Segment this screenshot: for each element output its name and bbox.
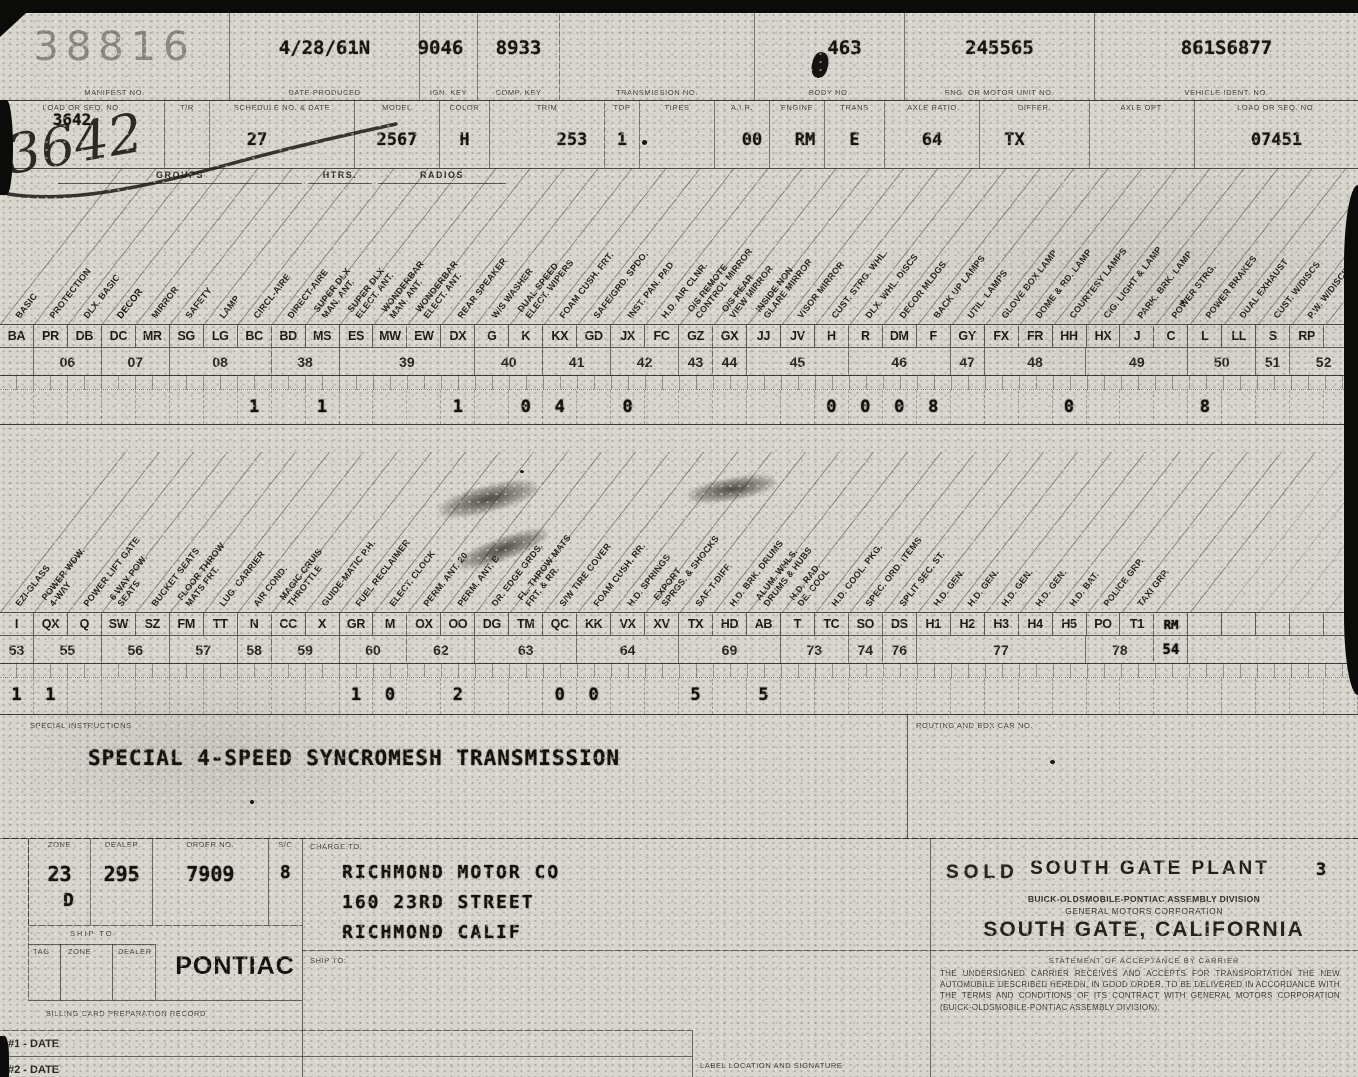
option-entry-cell — [170, 390, 204, 424]
option-entry-cell: 0 — [577, 678, 611, 714]
field-manifest-no: 38816 MANIFEST NO. — [0, 13, 230, 100]
option-code-cell: H5 — [1053, 613, 1087, 635]
option-entry-cell — [951, 678, 985, 714]
option-code-cell: GZ — [679, 325, 713, 347]
option-entry-cell — [645, 678, 679, 714]
option-code-cell: HX — [1087, 325, 1121, 347]
option-entry-cell — [883, 678, 917, 714]
vehicle-ident-label: VEHICLE IDENT. NO. — [1095, 89, 1358, 97]
option-entry-cell — [373, 390, 407, 424]
tag-header: TAG — [33, 948, 50, 956]
tires-label: TIRES — [640, 104, 714, 112]
ink-speck — [1050, 760, 1055, 764]
option-code-cell: K — [509, 325, 543, 347]
option-entry-cell — [34, 390, 68, 424]
option-number-cell: 74 — [849, 636, 883, 663]
option-code-cell: DX — [441, 325, 475, 347]
option-number-cell: 50 — [1188, 348, 1256, 375]
option-number-cell: 77 — [917, 636, 1087, 663]
field-tires: TIRES — [640, 100, 715, 168]
option-entry-cell — [815, 678, 849, 714]
option-number-cell: 06 — [34, 348, 102, 375]
option-number-cell: 07 — [102, 348, 170, 375]
option-number-cell: 47 — [951, 348, 985, 375]
special-instructions-label: SPECIAL INSTRUCTIONS — [30, 722, 132, 730]
order-col-sc: S/C 8 — [269, 838, 303, 925]
order-table-left-border — [28, 838, 29, 1000]
option-entry-cell — [1290, 678, 1324, 714]
field-load-seq: LOAD OR SEQ. NO. 3642 — [0, 100, 165, 168]
option-code-cell: BC — [238, 325, 272, 347]
option-code-cell: TM — [509, 613, 543, 635]
option-entry-cell — [204, 678, 238, 714]
option-code-cell: TC — [815, 613, 849, 635]
axle-ratio-label: AXLE RATIO — [885, 104, 979, 112]
divider-middle-left — [302, 838, 303, 1077]
option-entry-cell — [645, 390, 679, 424]
option-code-cell: H3 — [985, 613, 1019, 635]
plant-stamp-number: 3 — [1316, 860, 1326, 880]
option-number-cell: 55 — [34, 636, 102, 663]
schedule-value: 27 — [185, 132, 329, 149]
scan-edge-bottom-left — [0, 1036, 9, 1077]
option-code-cell: GR — [340, 613, 374, 635]
option-code-cell: S — [1256, 325, 1290, 347]
option-number-cell: 41 — [543, 348, 611, 375]
field-model: MODEL 2567 — [355, 100, 440, 168]
scan-edge-right — [1344, 185, 1358, 695]
option-entry-cell — [272, 390, 306, 424]
option-entry-cell: 1 — [238, 390, 272, 424]
option-number-cell: 42 — [611, 348, 679, 375]
load-seq-2-label: LOAD OR SEQ. NO. — [1195, 104, 1358, 112]
option-entry-cell: 1 — [340, 678, 374, 714]
field-body-no: 463 BODY NO. — [755, 13, 905, 100]
trans-code-label: TRANS — [825, 104, 884, 112]
order-col-zone: ZONE 23 D — [29, 838, 91, 925]
date-produced-value: 4/28/61N — [230, 39, 419, 58]
ign-key-label: IGN. KEY — [420, 89, 477, 97]
option-code-cell: T — [781, 613, 815, 635]
dealer-value: 295 — [91, 862, 152, 886]
option-code-cell: JV — [781, 325, 815, 347]
top-value: 1 — [605, 132, 639, 149]
option-code-cell: PR — [34, 325, 68, 347]
vehicle-ident-value: 861S6877 — [1095, 39, 1358, 58]
option-code-cell: VX — [611, 613, 645, 635]
option-entry-cell — [1087, 678, 1121, 714]
option-code-cell: QX — [34, 613, 68, 635]
label-location-label: LABEL LOCATION AND SIGNATURE — [700, 1062, 843, 1070]
option-entry-cell — [1290, 390, 1324, 424]
billing-card-sheet: 38816 MANIFEST NO. 4/28/61N DATE PRODUCE… — [0, 0, 1358, 1077]
option-entry-cell — [509, 678, 543, 714]
option-code-cell — [1188, 613, 1222, 635]
division-name: BUICK-OLDSMOBILE-PONTIAC ASSEMBLY DIVISI… — [930, 894, 1358, 904]
tag-zone-header: ZONE — [68, 948, 91, 956]
option-code-cell: LL — [1222, 325, 1256, 347]
order-no-header: ORDER NO. — [153, 841, 267, 849]
option-entry-cell — [747, 390, 781, 424]
billing-box-top — [28, 1000, 302, 1001]
option-code-cell: PO — [1087, 613, 1121, 635]
option-number-cell: 54 — [1154, 636, 1188, 663]
option-entry-cell: 0 — [883, 390, 917, 424]
option-column-line — [1190, 452, 1316, 612]
model-value: 2567 — [355, 132, 439, 149]
ship-to-band-label: SHIP TO — [70, 930, 114, 938]
option-entry-cell — [985, 390, 1019, 424]
option-number-cell: 46 — [849, 348, 951, 375]
option-entry-cell — [1019, 678, 1053, 714]
option-code-cell: FC — [645, 325, 679, 347]
option-entry-cell — [1019, 390, 1053, 424]
date-produced-label: DATE PRODUCED — [230, 89, 419, 97]
option-entry-cell — [204, 390, 238, 424]
option-entry-cell — [917, 678, 951, 714]
option-entry-cell — [0, 390, 34, 424]
option-code-cell: JX — [611, 325, 645, 347]
option-entry-cell — [1154, 678, 1188, 714]
trans-code-value: E — [825, 132, 884, 149]
option-code-cell: TX — [679, 613, 713, 635]
option-entry-cell: 8 — [1188, 390, 1222, 424]
trim-label: TRIM — [490, 104, 604, 112]
option-code-cell: QC — [543, 613, 577, 635]
option-entry-cell: 0 — [849, 390, 883, 424]
ship-to-panel-label: SHIP TO: — [310, 957, 346, 965]
option-number-cell: 39 — [340, 348, 476, 375]
air-label: A.I.R. — [715, 104, 769, 112]
option-code-cell: GY — [951, 325, 985, 347]
option-code-cell: SG — [170, 325, 204, 347]
option-code-cell: N — [238, 613, 272, 635]
option-number-cell: 69 — [679, 636, 781, 663]
field-engine-no: 245565 ENG. OR MOTOR UNIT NO. — [905, 13, 1095, 100]
option-number-cell: 58 — [238, 636, 272, 663]
option-entry-cell — [611, 678, 645, 714]
option-code-cell: EW — [407, 325, 441, 347]
option-entry-cell: 1 — [34, 678, 68, 714]
load-seq-2-value: 07451 — [1195, 132, 1358, 149]
date2-line — [0, 1056, 692, 1057]
option-code-cell: DM — [883, 325, 917, 347]
option-entry-cell — [340, 390, 374, 424]
option-code-cell: M — [373, 613, 407, 635]
top-label: TOP — [605, 104, 639, 112]
manifest-no-label: MANIFEST NO. — [0, 89, 229, 97]
tag-col-divider-3 — [155, 944, 156, 1000]
option-entry-cell — [136, 390, 170, 424]
date1-label: #1 - DATE — [8, 1038, 59, 1050]
tag-dealer-header: DEALER — [118, 948, 152, 956]
label-location-divider — [692, 1030, 693, 1077]
option-entry-cell — [679, 390, 713, 424]
option-code-cell: KK — [577, 613, 611, 635]
option-entry-cell — [849, 678, 883, 714]
engine-code-label: ENGINE — [770, 104, 824, 112]
option-number-cell: 38 — [272, 348, 340, 375]
option-code-cell: LG — [204, 325, 238, 347]
body-no-label: BODY NO. — [755, 89, 904, 97]
option-group-1-labels: GROUPS HTRS. RADIOS BASICPROTECTIONDLX. … — [0, 168, 1358, 324]
option-entry-cell — [1222, 390, 1256, 424]
ship-to-band-top — [28, 925, 302, 926]
option-number-cell: 64 — [577, 636, 679, 663]
body-no-value: 463 — [770, 39, 919, 58]
date1-line — [0, 1030, 692, 1031]
order-col-dealer: DEALER 295 — [91, 838, 153, 925]
option-entry-cell — [1087, 390, 1121, 424]
tag-row-top — [28, 944, 155, 945]
option-code-cell: BD — [272, 325, 306, 347]
charge-to-line-2: 160 23RD STREET — [342, 892, 535, 913]
option-entry-cell: 5 — [747, 678, 781, 714]
billing-record-label: BILLING CARD PREPARATION RECORD — [46, 1010, 206, 1018]
option-code-cell — [1256, 613, 1290, 635]
corporation-name: GENERAL MOTORS CORPORATION — [930, 906, 1358, 916]
option-code-cell: RM — [1154, 613, 1188, 635]
option-code-cell: F — [917, 325, 951, 347]
option-entry-cell: 0 — [509, 390, 543, 424]
option-entry-cell: 0 — [611, 390, 645, 424]
plant-city: SOUTH GATE, CALIFORNIA — [930, 918, 1358, 942]
option-code-cell: TT — [204, 613, 238, 635]
sc-value: 8 — [269, 862, 303, 883]
routing-label: ROUTING AND BOX CAR NO. — [916, 722, 1033, 730]
option-entry-cell: 8 — [917, 390, 951, 424]
option-code-cell: SO — [849, 613, 883, 635]
option-entry-cell: 1 — [441, 390, 475, 424]
field-load-seq-2: LOAD OR SEQ. NO. 07451 — [1195, 100, 1358, 168]
option-number-cell: 51 — [1256, 348, 1290, 375]
option-entry-cell — [1154, 390, 1188, 424]
option-number-cell: 63 — [475, 636, 577, 663]
option-code-cell: SW — [102, 613, 136, 635]
model-label: MODEL — [355, 104, 439, 112]
field-transmission-no: TRANSMISSION NO. — [560, 13, 755, 100]
order-col-orderno: ORDER NO. 7909 — [153, 838, 268, 925]
color-label: COLOR — [440, 104, 489, 112]
option-entry-cell — [102, 678, 136, 714]
ink-speck — [1180, 300, 1184, 304]
option-entry-cell — [1053, 678, 1087, 714]
option-entry-cell — [577, 390, 611, 424]
date2-label: #2 - DATE — [8, 1064, 59, 1076]
option-group-1-ticks — [0, 376, 1358, 390]
load-seq-printed: 3642 — [0, 112, 154, 128]
statement-text: THE UNDERSIGNED CARRIER RECEIVES AND ACC… — [940, 968, 1340, 1013]
option-entry-cell — [272, 678, 306, 714]
field-differ: DIFFER. TX — [980, 100, 1090, 168]
option-code-cell: H4 — [1019, 613, 1053, 635]
field-vehicle-ident: 861S6877 VEHICLE IDENT. NO. — [1095, 13, 1358, 100]
option-entry-cell — [713, 678, 747, 714]
tr-label: T/R — [165, 104, 209, 112]
option-entry-cell — [475, 390, 509, 424]
manifest-no-value: 38816 — [0, 27, 229, 67]
option-entry-cell — [951, 390, 985, 424]
charge-to-line-3: RICHMOND CALIF — [342, 922, 522, 943]
option-entry-cell — [1188, 678, 1222, 714]
field-top: TOP 1 — [605, 100, 640, 168]
option-entry-cell — [306, 678, 340, 714]
option-number-cell: 45 — [747, 348, 849, 375]
comp-key-label: COMP. KEY — [478, 89, 559, 97]
option-code-cell: BA — [0, 325, 34, 347]
option-entry-cell — [781, 390, 815, 424]
option-number-cell — [1188, 636, 1358, 663]
differ-label: DIFFER. — [980, 104, 1089, 112]
option-entry-cell — [1222, 678, 1256, 714]
axle-opt-label: AXLE OPT. — [1090, 104, 1194, 112]
option-group-1-codes: BAPRDBDCMRSGLGBCBDMSESMWEWDXGKKXGDJXFCGZ… — [0, 324, 1358, 348]
option-entry-cell — [475, 678, 509, 714]
option-code-cell: DC — [102, 325, 136, 347]
option-code-cell: JJ — [747, 325, 781, 347]
option-entry-cell: 1 — [0, 678, 34, 714]
field-air: A.I.R. 00 — [715, 100, 770, 168]
make-name: PONTIAC — [170, 952, 300, 981]
engine-no-value: 245565 — [905, 39, 1094, 58]
option-number-cell: 57 — [170, 636, 238, 663]
option-code-cell: FM — [170, 613, 204, 635]
option-code-cell: KX — [543, 325, 577, 347]
ign-key-value: 9046 — [412, 39, 469, 58]
option-entry-cell — [985, 678, 1019, 714]
option-entry-cell: 0 — [1053, 390, 1087, 424]
option-code-cell: MR — [136, 325, 170, 347]
option-code-cell: GX — [713, 325, 747, 347]
option-number-cell: 62 — [407, 636, 475, 663]
field-color: COLOR H — [440, 100, 490, 168]
option-entry-cell: 0 — [373, 678, 407, 714]
option-code-cell: DG — [475, 613, 509, 635]
option-entry-cell: 1 — [306, 390, 340, 424]
option-number-cell: 08 — [170, 348, 272, 375]
option-code-cell: H1 — [917, 613, 951, 635]
option-code-cell: X — [306, 613, 340, 635]
option-code-cell: G — [475, 325, 509, 347]
plant-name: SOUTH GATE PLANT — [1005, 858, 1295, 880]
option-code-cell: T1 — [1120, 613, 1154, 635]
option-code-cell: C — [1154, 325, 1188, 347]
scan-edge-top — [0, 0, 1358, 13]
option-entry-cell: 5 — [679, 678, 713, 714]
comp-key-value: 8933 — [478, 39, 559, 58]
ship-to-panel-line — [302, 950, 930, 951]
special-instructions-box: SPECIAL INSTRUCTIONS SPECIAL 4-SPEED SYN… — [0, 714, 908, 838]
option-code-cell: DB — [68, 325, 102, 347]
option-entry-cell — [1120, 678, 1154, 714]
charge-to-line-1: RICHMOND MOTOR CO — [342, 862, 560, 883]
field-engine-code: ENGINE RM — [770, 100, 825, 168]
option-number-cell: 59 — [272, 636, 340, 663]
transmission-no-label: TRANSMISSION NO. — [560, 89, 754, 97]
tag-col-divider-2 — [112, 944, 113, 1000]
option-entry-cell — [68, 390, 102, 424]
option-number-cell — [0, 348, 34, 375]
option-code-cell: SZ — [136, 613, 170, 635]
option-entry-cell: 0 — [543, 678, 577, 714]
tag-col-divider-1 — [60, 944, 61, 1000]
field-schedule: SCHEDULE NO. & DATE 27 — [210, 100, 355, 168]
option-group-2-labels: EZI-GLASSPOWER WDW. 4-WAYPOWER LIFT GATE… — [0, 452, 1358, 612]
option-number-cell: 78 — [1086, 636, 1154, 663]
option-group-2: EZI-GLASSPOWER WDW. 4-WAYPOWER LIFT GATE… — [0, 452, 1358, 714]
sc-header: S/C — [269, 841, 303, 849]
option-number-cell: 60 — [340, 636, 408, 663]
dealer-header: DEALER — [91, 841, 152, 849]
charge-to-label: CHARGE TO: — [310, 843, 362, 851]
option-code-cell: XV — [645, 613, 679, 635]
option-group-1: GROUPS HTRS. RADIOS BASICPROTECTIONDLX. … — [0, 168, 1358, 424]
option-code-cell: H2 — [951, 613, 985, 635]
option-entry-cell: 0 — [815, 390, 849, 424]
schedule-label: SCHEDULE NO. & DATE — [210, 104, 354, 112]
zone-value: 23 — [29, 862, 90, 886]
field-comp-key: 8933 COMP. KEY — [478, 13, 560, 100]
option-code-cell: GD — [577, 325, 611, 347]
option-number-cell: 48 — [985, 348, 1087, 375]
option-code-cell: AB — [747, 613, 781, 635]
order-table: ZONE 23 D DEALER 295 ORDER NO. 7909 S/C … — [28, 838, 302, 925]
option-number-cell: 76 — [883, 636, 917, 663]
option-code-cell: J — [1120, 325, 1154, 347]
option-entry-cell — [781, 678, 815, 714]
option-code-cell: HD — [713, 613, 747, 635]
header-row-identification: 38816 MANIFEST NO. 4/28/61N DATE PRODUCE… — [0, 13, 1358, 101]
option-entry-cell — [1120, 390, 1154, 424]
zone-header: ZONE — [29, 841, 90, 849]
ink-speck — [642, 140, 647, 145]
option-group-2-entries: 111020055 — [0, 678, 1358, 715]
option-group-2-ticks — [0, 664, 1358, 678]
option-code-cell — [1290, 613, 1324, 635]
option-group-1-entries: 111040000808 — [0, 390, 1358, 425]
option-code-cell: FX — [985, 325, 1019, 347]
option-entry-cell: 4 — [543, 390, 577, 424]
option-code-cell: I — [0, 613, 34, 635]
option-entry-cell — [407, 390, 441, 424]
option-code-cell: HH — [1053, 325, 1087, 347]
option-entry-cell — [713, 390, 747, 424]
option-number-cell: 43 — [679, 348, 713, 375]
option-number-cell: 56 — [102, 636, 170, 663]
option-entry-cell — [136, 678, 170, 714]
option-code-cell: DS — [883, 613, 917, 635]
option-code-cell: Q — [68, 613, 102, 635]
field-trans-code: TRANS E — [825, 100, 885, 168]
option-entry-cell — [102, 390, 136, 424]
option-code-cell: RP — [1290, 325, 1324, 347]
ink-speck — [520, 470, 524, 473]
band-radios: RADIOS — [378, 170, 506, 184]
statement-title: STATEMENT OF ACCEPTANCE BY CARRIER — [930, 957, 1358, 965]
option-code-cell: FR — [1019, 325, 1053, 347]
differ-value: TX — [960, 132, 1069, 149]
option-code-cell: H — [815, 325, 849, 347]
option-entry-cell — [407, 678, 441, 714]
option-code-cell: OX — [407, 613, 441, 635]
option-code-cell: MS — [306, 325, 340, 347]
engine-no-label: ENG. OR MOTOR UNIT NO. — [905, 89, 1094, 97]
order-no-value: 7909 — [153, 862, 267, 886]
ink-speck — [250, 800, 254, 804]
option-group-2-numbers: 5355565758596062636469737476777854 — [0, 636, 1358, 664]
option-code-cell: R — [849, 325, 883, 347]
option-entry-cell: 2 — [441, 678, 475, 714]
